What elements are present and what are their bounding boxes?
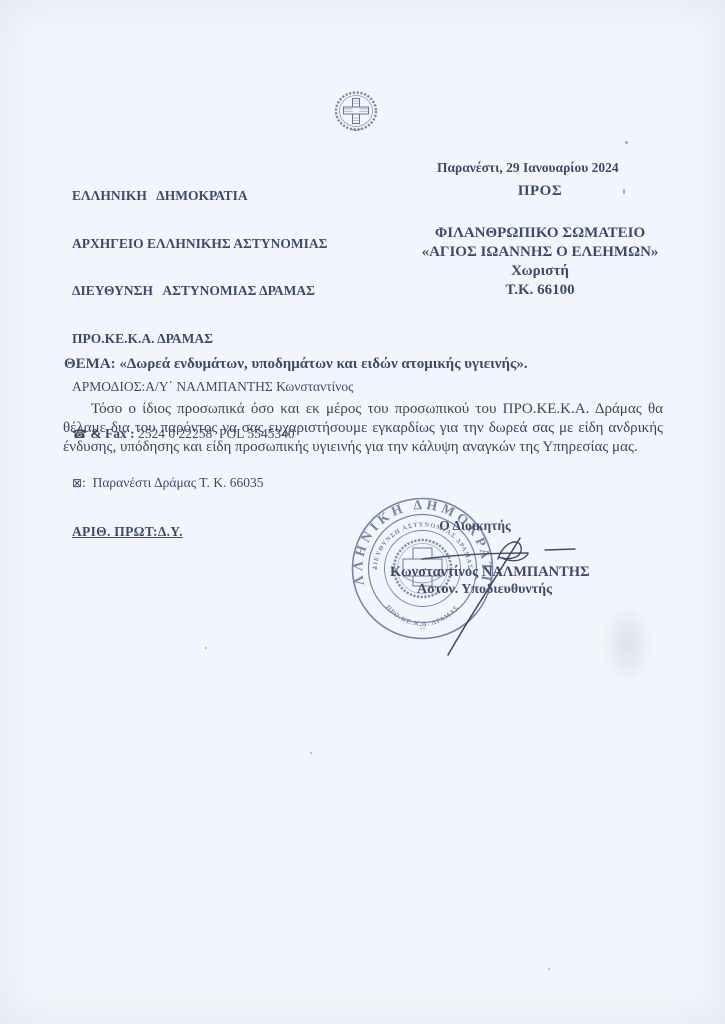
address-separator: : [82, 475, 93, 490]
recipient-organization: ΦΙΛΑΝΘΡΩΠΙΚΟ ΣΩΜΑΤΕΙΟ [418, 224, 662, 243]
sender-unit: ΠΡΟ.ΚΕ.Κ.Α. ΔΡΑΜΑΣ [72, 331, 392, 347]
sender-country: ΕΛΛΗΝΙΚΗ ΔΗΜΟΚΡΑΤΙΑ [72, 188, 392, 204]
scan-speck [310, 752, 312, 754]
sender-contact-person: ΑΡΜΟΔΙΟΣ:Α/Υ΄ ΝΑΛΜΠΑΝΤΗΣ Κωνσταντίνος [72, 379, 392, 395]
greek-national-emblem-icon [332, 89, 380, 135]
scan-speck [548, 968, 550, 970]
protocol-number: ΑΡΙΘ. ΠΡΩΤ:Δ.Υ. [72, 524, 392, 540]
envelope-icon: ⊠ [72, 476, 82, 490]
postal-address: Παρανέστι Δράμας Τ. Κ. 66035 [93, 475, 264, 490]
date-line: Παρανέστι, 29 Ιανουαρίου 2024 [437, 160, 619, 176]
scanned-letter-page: ΕΛΛΗΝΙΚΗ ΔΗΜΟΚΡΑΤΙΑ ΑΡΧΗΓΕΙΟ ΕΛΛΗΝΙΚΗΣ Α… [0, 0, 725, 1024]
subject-line: ΘΕΜΑ: «Δωρεά ενδυμάτων, υποδημάτων και ε… [64, 356, 684, 373]
recipient-postcode: Τ.Κ. 66100 [418, 281, 662, 300]
scan-speck [205, 647, 207, 649]
sender-directorate: ΔΙΕΥΘΥΝΣΗ ΑΣΤΥΝΟΜΙΑΣ ΔΡΑΜΑΣ [72, 283, 392, 299]
recipient-name: «ΑΓΙΟΣ ΙΩΑΝΝΗΣ Ο ΕΛΕΗΜΩΝ» [418, 243, 662, 262]
scan-smudge-artifact [592, 596, 662, 716]
handwritten-signature [408, 528, 588, 668]
sender-headquarters: ΑΡΧΗΓΕΙΟ ΕΛΛΗΝΙΚΗΣ ΑΣΤΥΝΟΜΙΑΣ [72, 236, 392, 252]
scan-speck [625, 141, 628, 144]
recipient-town: Χωριστή [418, 262, 662, 281]
body-paragraph: Τόσο ο ίδιος προσωπικά όσο και εκ μέρος … [63, 400, 663, 457]
sender-address-line: ⊠: Παρανέστι Δράμας Τ. Κ. 66035 [72, 475, 392, 492]
scan-speck [623, 189, 625, 194]
recipient-block: ΦΙΛΑΝΘΡΩΠΙΚΟ ΣΩΜΑΤΕΙΟ «ΑΓΙΟΣ ΙΩΑΝΝΗΣ Ο Ε… [418, 224, 662, 300]
